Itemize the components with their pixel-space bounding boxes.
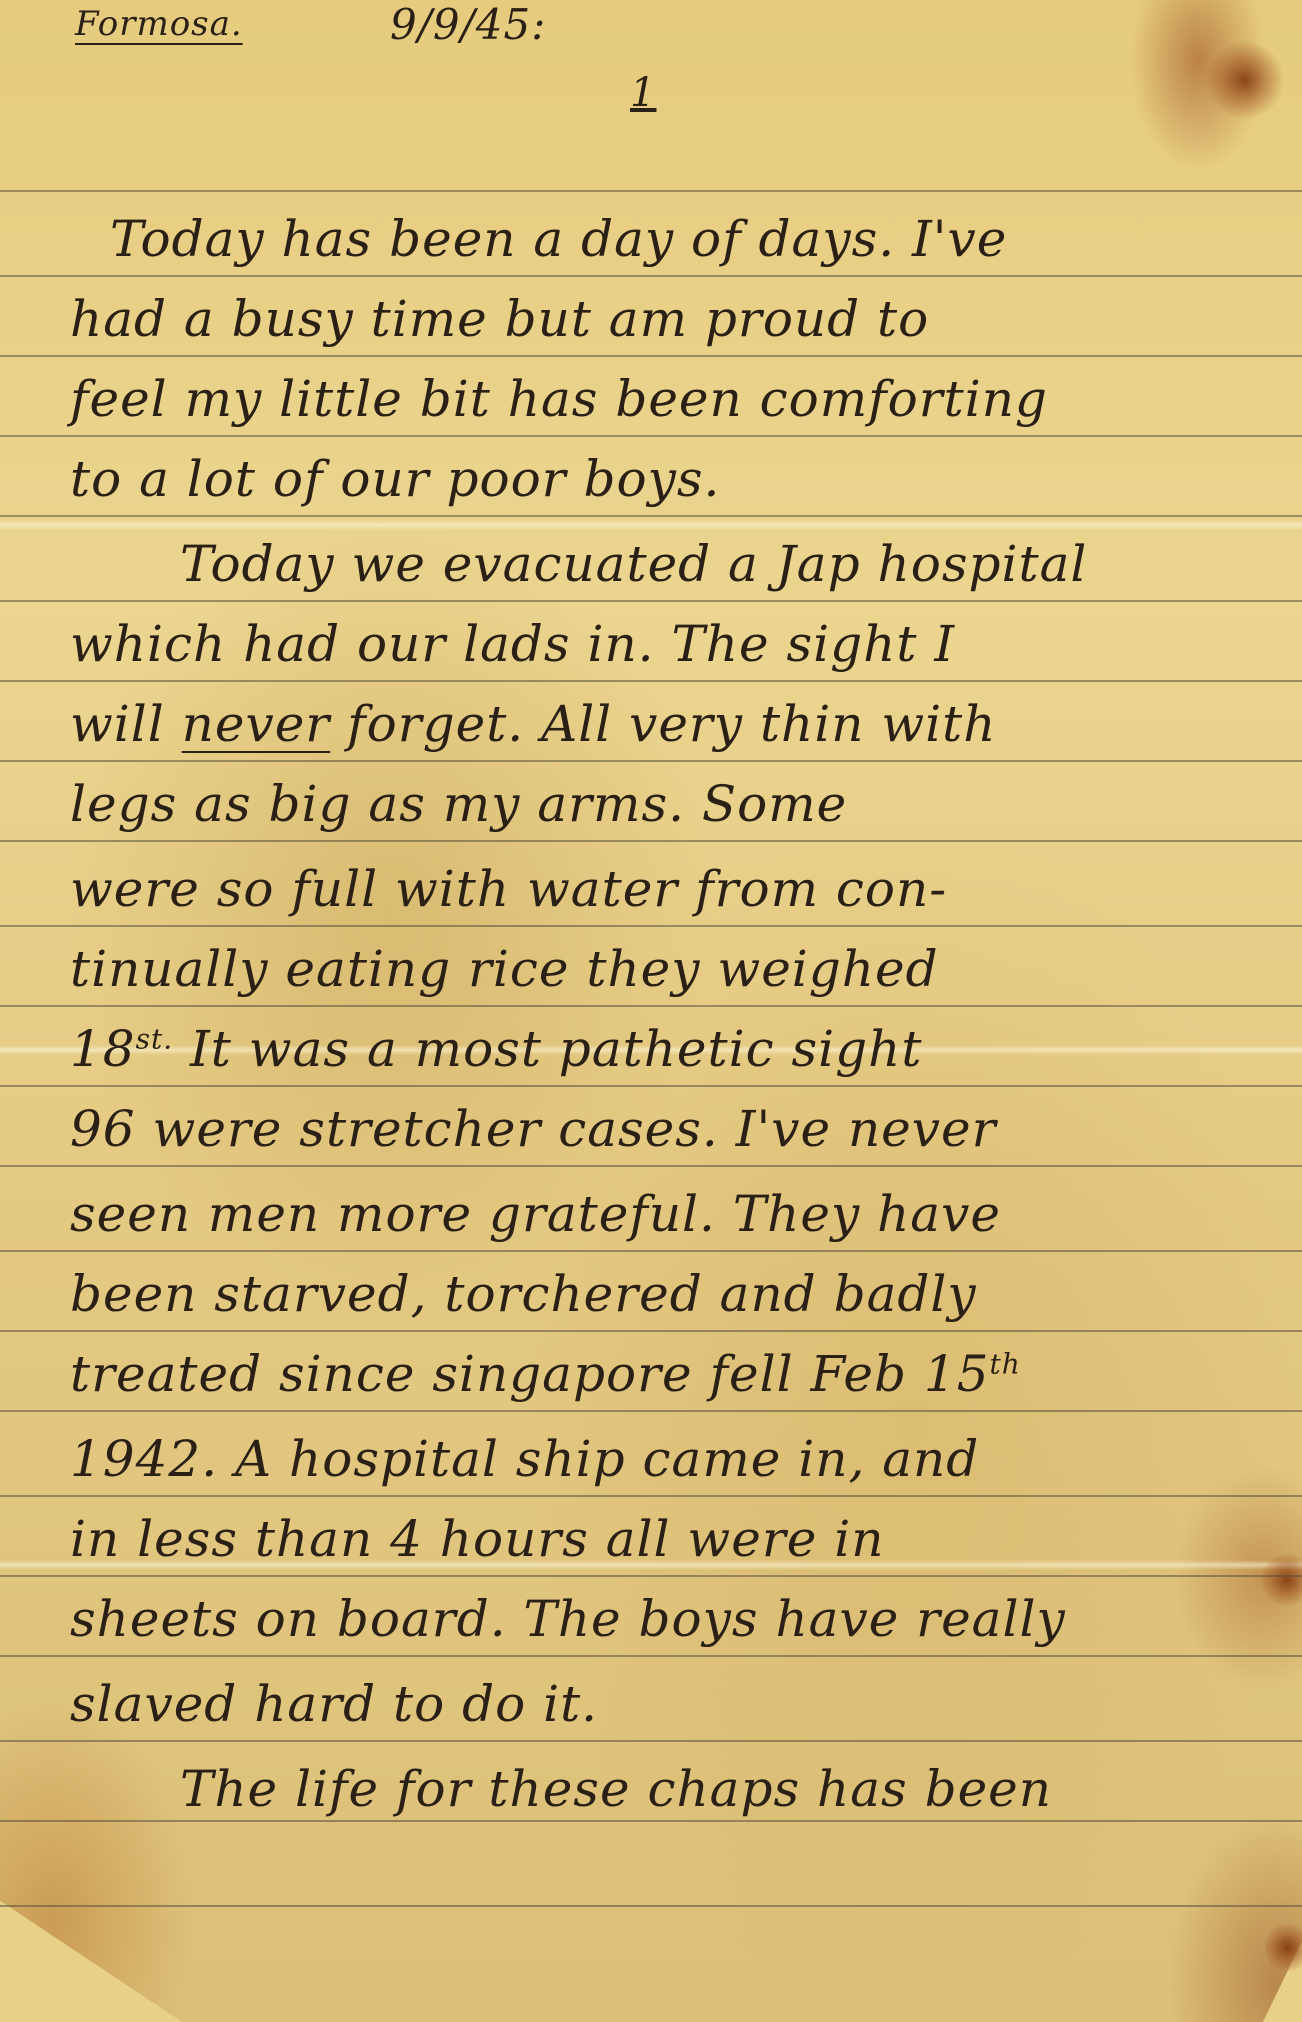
ruled-line xyxy=(0,600,1302,602)
rust-stain xyxy=(1265,1920,1302,1975)
ruled-line xyxy=(0,760,1302,762)
ruled-line xyxy=(0,1740,1302,1742)
letter-line: in less than 4 hours all were in xyxy=(70,1510,884,1568)
text-segment: 18 xyxy=(70,1020,136,1078)
letter-line: which had our lads in. The sight I xyxy=(70,615,955,673)
ruled-line xyxy=(0,435,1302,437)
underlined-word: never xyxy=(182,695,331,753)
letter-line: seen men more grateful. They have xyxy=(70,1185,1001,1243)
letter-line: Today has been a day of days. I've xyxy=(110,210,1007,268)
ruled-line xyxy=(0,1820,1302,1822)
ruled-line xyxy=(0,925,1302,927)
letter-line: feel my little bit has been comforting xyxy=(70,370,1048,428)
letter-line: slaved hard to do it. xyxy=(70,1675,598,1733)
letter-line: 96 were stretcher cases. I've never xyxy=(70,1100,996,1158)
ruled-line xyxy=(0,275,1302,277)
letter-line: had a busy time but am proud to xyxy=(70,290,929,348)
ruled-line xyxy=(0,840,1302,842)
superscript: th xyxy=(990,1347,1021,1380)
ruled-line xyxy=(0,1085,1302,1087)
ruled-line xyxy=(0,1410,1302,1412)
text-segment: will xyxy=(70,695,182,753)
ruled-line xyxy=(0,1655,1302,1657)
letter-line: treated since singapore fell Feb 15th xyxy=(70,1345,1021,1403)
letter-line: sheets on board. The boys have really xyxy=(70,1590,1066,1648)
letter-line: The life for these chaps has been xyxy=(180,1760,1052,1818)
ruled-line xyxy=(0,355,1302,357)
text-segment: forget. All very thin with xyxy=(330,695,996,753)
ruled-line xyxy=(0,680,1302,682)
letter-line: been starved, torchered and badly xyxy=(70,1265,977,1323)
text-segment: treated since singapore fell Feb 15 xyxy=(70,1345,990,1403)
text-segment: It was a most pathetic sight xyxy=(173,1020,922,1078)
letter-place: Formosa. xyxy=(75,4,243,44)
ruled-line xyxy=(0,1250,1302,1252)
letter-line: 1942. A hospital ship came in, and xyxy=(70,1430,979,1488)
ruled-line xyxy=(0,1905,1302,1907)
letter-line: 18st. It was a most pathetic sight xyxy=(70,1020,922,1078)
letter-line: will never forget. All very thin with xyxy=(70,695,996,753)
ruled-line xyxy=(0,1495,1302,1497)
letter-line: were so full with water from con- xyxy=(70,860,947,918)
paper-crease xyxy=(0,520,1302,530)
page-number: 1 xyxy=(630,70,656,116)
ruled-line xyxy=(0,515,1302,517)
rust-stain xyxy=(1205,40,1285,120)
letter-line: Today we evacuated a Jap hospital xyxy=(180,535,1087,593)
ruled-line xyxy=(0,1165,1302,1167)
ruled-line xyxy=(0,190,1302,192)
letter-line: tinually eating rice they weighed xyxy=(70,940,939,998)
letter-line: to a lot of our poor boys. xyxy=(70,450,720,508)
ruled-line xyxy=(0,1575,1302,1577)
ruled-line xyxy=(0,1330,1302,1332)
letter-line: legs as big as my arms. Some xyxy=(70,775,847,833)
ruled-line xyxy=(0,1005,1302,1007)
superscript: st. xyxy=(136,1022,174,1055)
letter-date: 9/9/45: xyxy=(390,0,546,49)
